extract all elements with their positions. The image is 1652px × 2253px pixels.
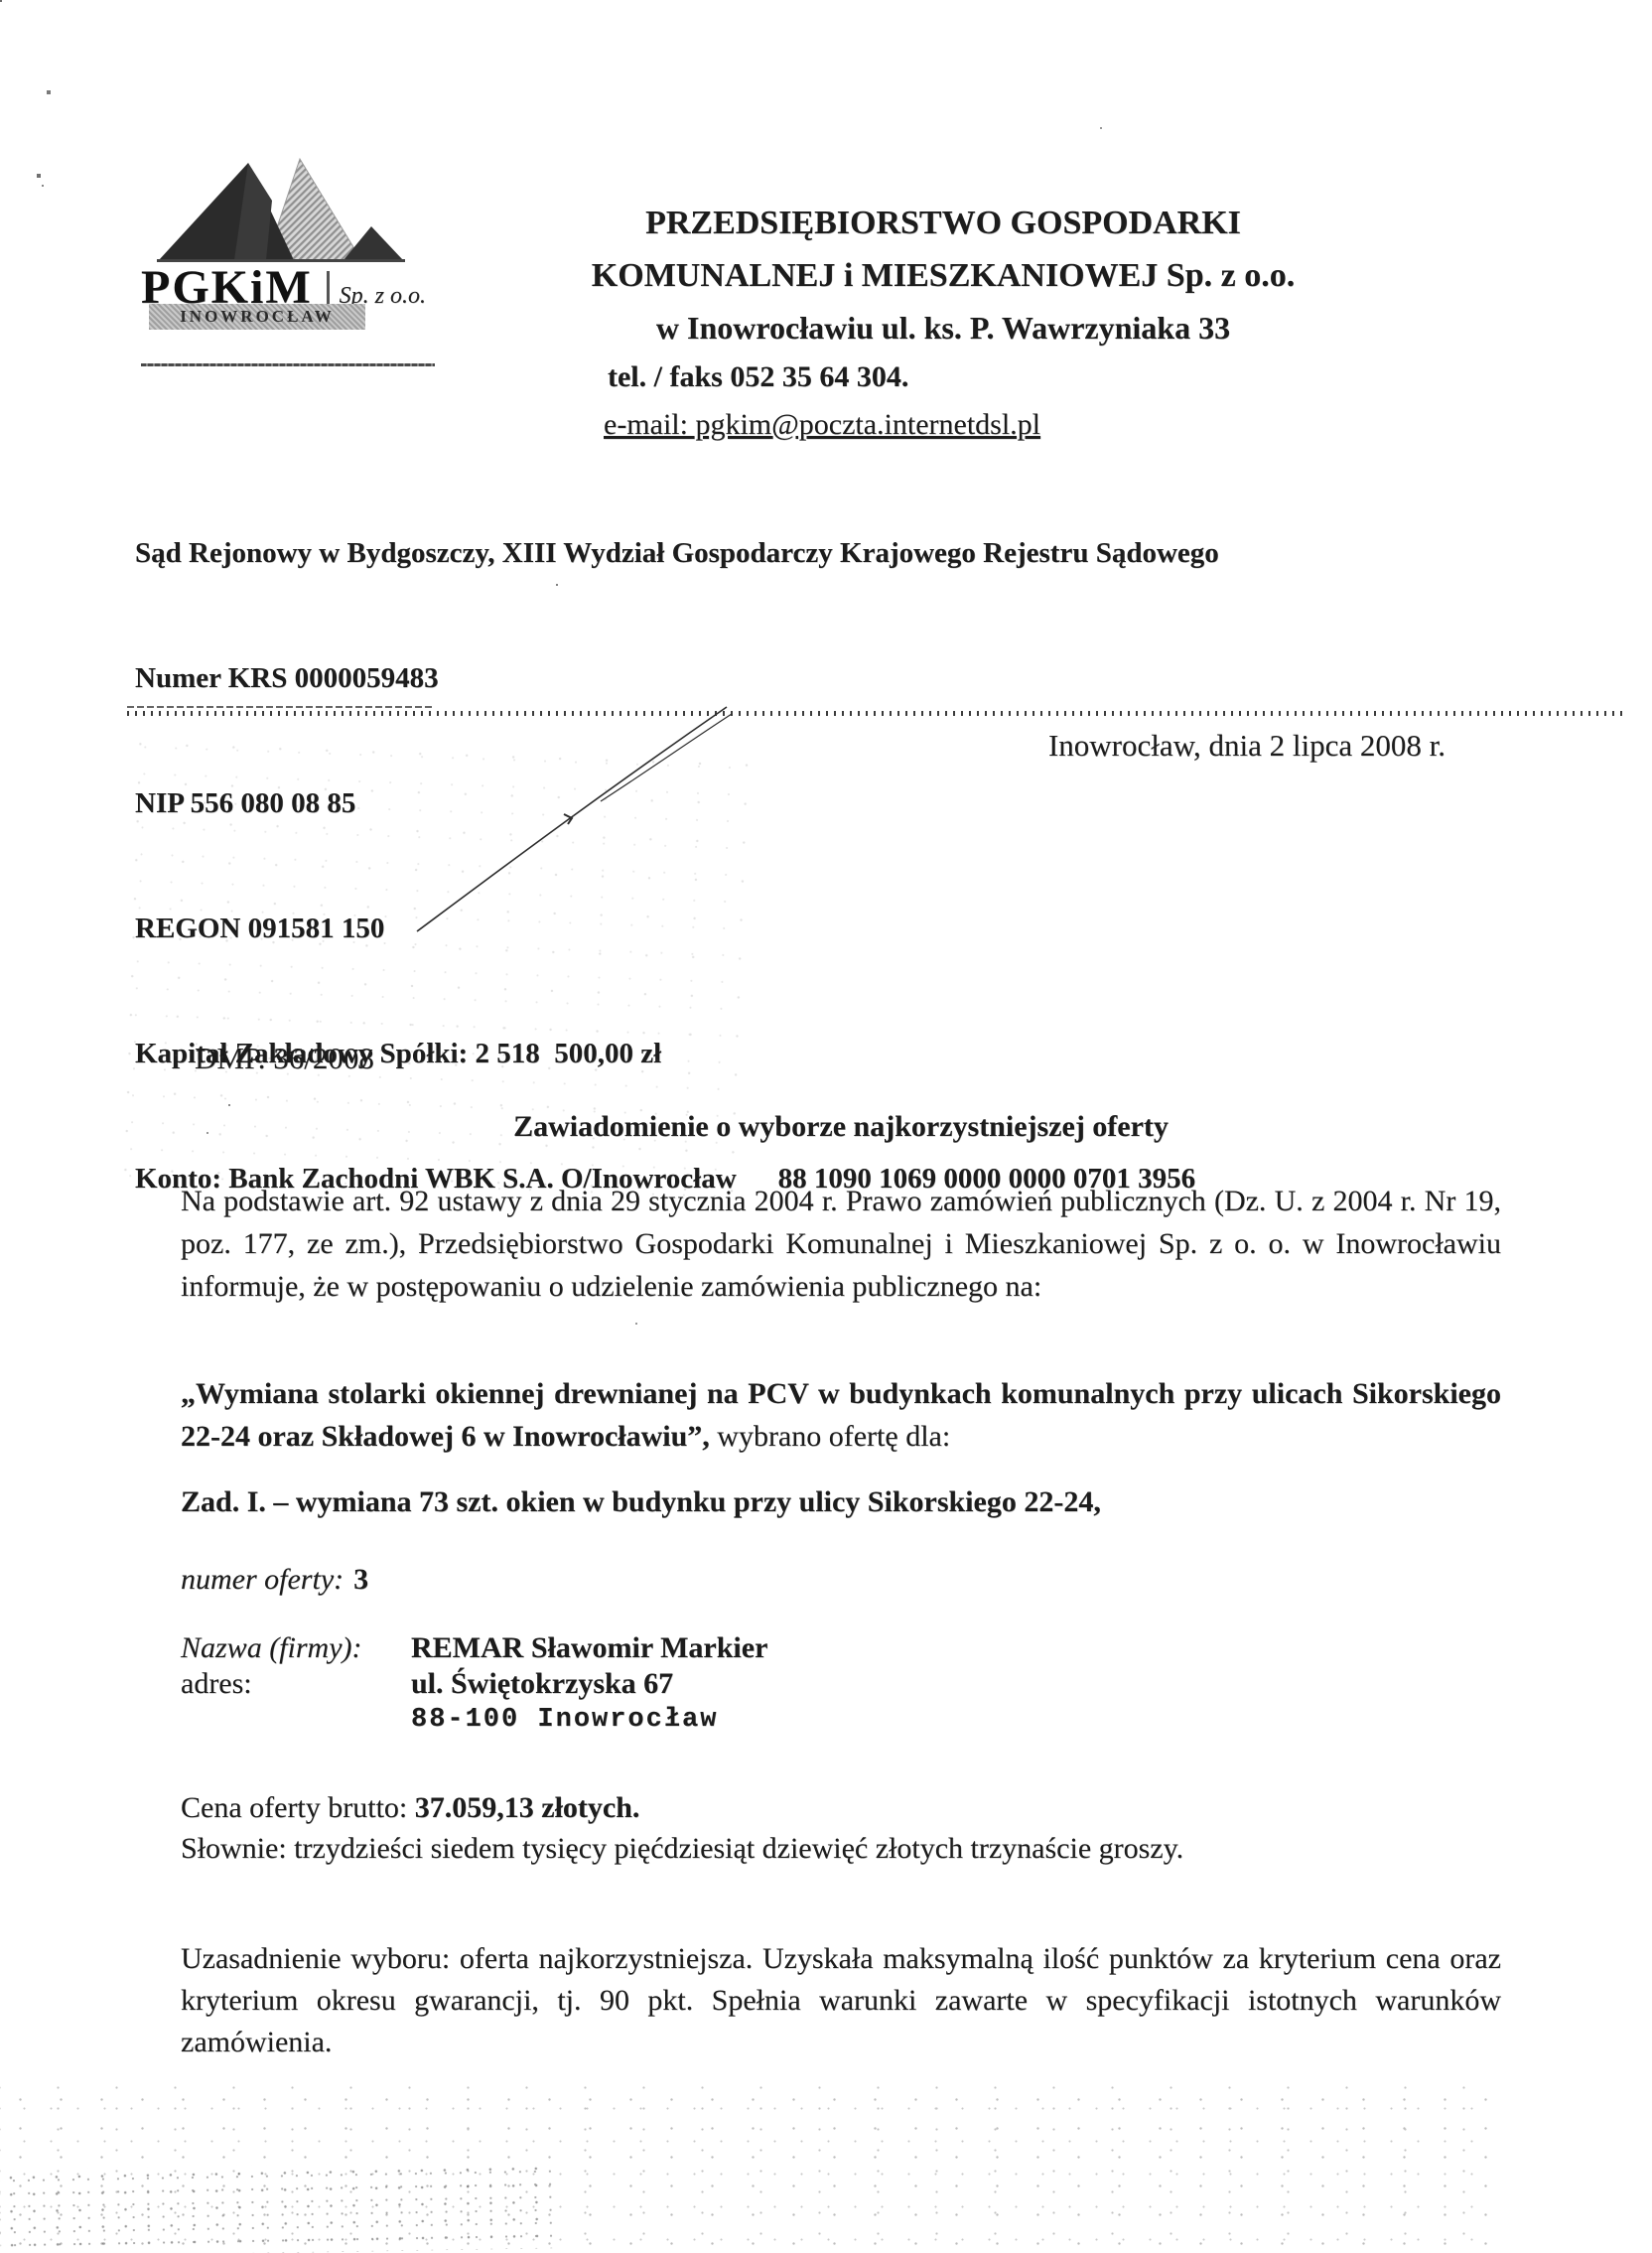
- letterhead: PRZEDSIĘBIORSTWO GOSPODARKI KOMUNALNEJ i…: [516, 197, 1370, 449]
- mountains-logo-icon: [149, 149, 411, 266]
- dotted-separator-left: [127, 706, 435, 708]
- scan-specks: [0, 0, 2, 2]
- registry-court: Sąd Rejonowy w Bydgoszczy, XIII Wydział …: [135, 532, 1604, 574]
- task-line: Zad. I. – wymiana 73 szt. okien w budynk…: [181, 1485, 1101, 1519]
- dotted-separator: [127, 711, 1624, 716]
- date-line: Inowrocław, dnia 2 lipca 2008 r.: [884, 728, 1445, 764]
- price-label: Cena oferty brutto:: [181, 1791, 407, 1824]
- subject-paragraph: „Wymiana stolarki okiennej drewnianej na…: [181, 1372, 1501, 1458]
- company-email-text: e-mail: pgkim@poczta.internetdsl.pl: [604, 408, 1040, 441]
- scan-noise-bottom-left: [0, 2160, 557, 2253]
- registry-nip: NIP 556 080 08 85: [135, 782, 1604, 824]
- address-spacer: [181, 1702, 411, 1738]
- registry-block: Sąd Rejonowy w Bydgoszczy, XIII Wydział …: [135, 449, 1604, 1283]
- offer-number-line: numer oferty:3: [181, 1563, 368, 1597]
- registry-krs: Numer KRS 0000059483: [135, 657, 1604, 699]
- company-address-line: w Inowrocławiu ul. ks. P. Wawrzyniaka 33: [516, 302, 1370, 353]
- company-logo: PGKiMSp. z o.o. INOWROCŁAW: [141, 149, 439, 315]
- reference-number: DMP. 36/2008: [195, 1041, 374, 1076]
- logo-underline: [141, 363, 435, 366]
- address-label: adres:: [181, 1666, 411, 1702]
- scan-noise-bottom: [0, 2085, 1489, 2253]
- price-in-words: Słownie: trzydzieści siedem tysięcy pięć…: [181, 1828, 1511, 1869]
- price-line: Cena oferty brutto: 37.059,13 złotych.: [181, 1787, 1511, 1828]
- company-name-line2: KOMUNALNEJ i MIESZKANIOWEJ Sp. z o.o.: [516, 249, 1370, 302]
- logo-city-band: INOWROCŁAW: [149, 304, 365, 330]
- intro-paragraph: Na podstawie art. 92 ustawy z dnia 29 st…: [181, 1180, 1501, 1308]
- company-email-line: e-mail: pgkim@poczta.internetdsl.pl: [516, 401, 1370, 449]
- firm-name-label: Nazwa (firmy):: [181, 1630, 411, 1666]
- justification-paragraph: Uzasadnienie wyboru: oferta najkorzystni…: [181, 1938, 1501, 2063]
- address-street-value: ul. Świętokrzyska 67: [411, 1666, 1074, 1702]
- registry-regon: REGON 091581 150: [135, 908, 1604, 949]
- logo-city-label: INOWROCŁAW: [180, 307, 335, 326]
- offer-number-label: numer oferty:: [181, 1563, 344, 1596]
- winner-details: Nazwa (firmy): REMAR Sławomir Markier ad…: [181, 1630, 1074, 1738]
- firm-name-value: REMAR Sławomir Markier: [411, 1630, 1074, 1666]
- pen-stroke-artifact: [399, 687, 742, 945]
- address-city-value: 88-100 Inowrocław: [411, 1702, 1074, 1738]
- document-title: Zawiadomienie o wyborze najkorzystniejsz…: [181, 1110, 1501, 1144]
- scanned-letter-page: PGKiMSp. z o.o. INOWROCŁAW PRZEDSIĘBIORS…: [0, 0, 1652, 2253]
- company-phone-line: tel. / faks 052 35 64 304.: [516, 353, 1370, 401]
- price-block: Cena oferty brutto: 37.059,13 złotych. S…: [181, 1787, 1511, 1869]
- price-value: 37.059,13 złotych.: [415, 1791, 640, 1824]
- subject-tail-text: wybrano ofertę dla:: [710, 1420, 950, 1453]
- offer-number-value: 3: [353, 1563, 368, 1596]
- company-name-line1: PRZEDSIĘBIORSTWO GOSPODARKI: [516, 197, 1370, 249]
